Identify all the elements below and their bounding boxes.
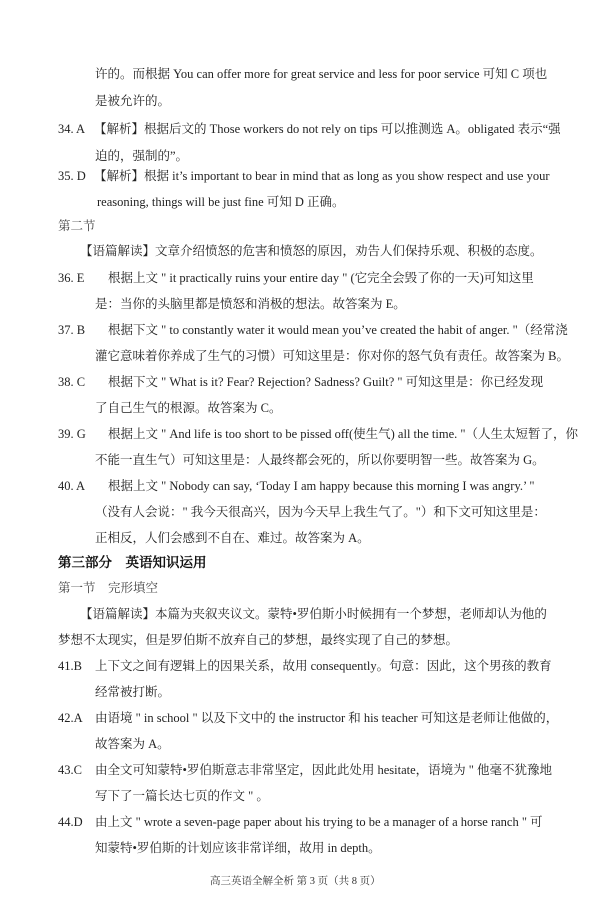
text-line: 根据上文 " Nobody can say, ‘Today I am happy…: [108, 479, 534, 493]
answer-number: 36. E: [58, 270, 108, 286]
text-line: 根据上文 " And life is too short to be pisse…: [108, 427, 578, 441]
answer-44: 44.D由上文 " wrote a seven-page paper about…: [58, 814, 543, 830]
text-line: 根据上文 " it practically ruins your entire …: [108, 271, 534, 285]
text-line: 故答案为 A。: [95, 736, 170, 752]
text-line: 上下文之间有逻辑上的因果关系，故用 consequently。句意：因此，这个男…: [95, 659, 552, 673]
page-footer: 高三英语全解全析 第 3 页（共 8 页）: [210, 874, 381, 890]
text-line: 许的。而根据 You can offer more for great serv…: [95, 66, 547, 82]
text-line: 正相反，人们会感到不自在、难过。故答案为 A。: [95, 530, 370, 546]
text-line: 知蒙特•罗伯斯的计划应该非常详细，故用 in depth。: [95, 840, 381, 856]
text-line: 是：当你的头脑里都是愤怒和消极的想法。故答案为 E。: [95, 296, 406, 312]
text-line: 由上文 " wrote a seven-page paper about his…: [95, 815, 543, 829]
part-heading: 第三部分 英语知识运用: [58, 555, 207, 571]
subsection-title: 第一节 完形填空: [58, 580, 158, 596]
answer-number: 34. A: [58, 121, 94, 137]
answer-number: 43.C: [58, 762, 95, 778]
text-line: 【解析】根据 it’s important to bear in mind th…: [94, 169, 550, 183]
answer-35: 35. D【解析】根据 it’s important to bear in mi…: [58, 168, 550, 184]
text-line: （没有人会说：" 我今天很高兴，因为今天早上我生气了。"）和下文可知这里是：: [95, 504, 546, 520]
reading-summary: 【语篇解读】本篇为夹叙夹议文。蒙特•罗伯斯小时候拥有一个梦想，老师却认为他的: [80, 606, 547, 622]
text-line: reasoning, things will be just fine 可知 D…: [97, 194, 345, 210]
answer-43: 43.C由全文可知蒙特•罗伯斯意志非常坚定，因此此处用 hesitate，语境为…: [58, 762, 552, 778]
answer-38: 38. C根据下文 " What is it? Fear? Rejection?…: [58, 374, 543, 390]
text-line: 灌它意味着你养成了生气的习惯）可知这里是：你对你的怒气负有责任。故答案为 B。: [95, 348, 569, 364]
answer-number: 38. C: [58, 374, 108, 390]
text-line: 了自己生气的根源。故答案为 C。: [95, 400, 281, 416]
text-line: 由语境 " in school " 以及下文中的 the instructor …: [95, 711, 558, 725]
section-title: 第二节: [58, 218, 96, 234]
answer-37: 37. B根据下文 " to constantly water it would…: [58, 322, 568, 338]
answer-42: 42.A由语境 " in school " 以及下文中的 the instruc…: [58, 710, 558, 726]
reading-summary: 梦想不太现实，但是罗伯斯不放弃自己的梦想，最终实现了自己的梦想。: [58, 632, 458, 648]
text-line: 【解析】根据后文的 Those workers do not rely on t…: [94, 122, 561, 136]
text-line: 写下了一篇长达七页的作文 " 。: [95, 788, 269, 804]
answer-number: 39. G: [58, 426, 108, 442]
text-line: 经常被打断。: [95, 684, 170, 700]
answer-34: 34. A【解析】根据后文的 Those workers do not rely…: [58, 121, 561, 137]
answer-36: 36. E根据上文 " it practically ruins your en…: [58, 270, 534, 286]
text-line: 是被允许的。: [95, 93, 170, 109]
text-line: 迫的，强制的”。: [95, 148, 188, 164]
answer-39: 39. G根据上文 " And life is too short to be …: [58, 426, 578, 442]
answer-number: 37. B: [58, 322, 108, 338]
answer-number: 44.D: [58, 814, 95, 830]
text-line: 根据下文 " What is it? Fear? Rejection? Sadn…: [108, 375, 543, 389]
answer-40: 40. A根据上文 " Nobody can say, ‘Today I am …: [58, 478, 534, 494]
answer-number: 35. D: [58, 168, 94, 184]
text-line: 由全文可知蒙特•罗伯斯意志非常坚定，因此此处用 hesitate，语境为 " 他…: [95, 763, 552, 777]
reading-summary: 【语篇解读】文章介绍愤怒的危害和愤怒的原因，劝告人们保持乐观、积极的态度。: [80, 243, 543, 259]
text-line: 根据下文 " to constantly water it would mean…: [108, 323, 568, 337]
answer-number: 42.A: [58, 710, 95, 726]
text-line: 不能一直生气）可知这里是：人最终都会死的，所以你要明智一些。故答案为 G。: [95, 452, 545, 468]
answer-number: 41.B: [58, 658, 95, 674]
answer-41: 41.B上下文之间有逻辑上的因果关系，故用 consequently。句意：因此…: [58, 658, 552, 674]
answer-number: 40. A: [58, 478, 108, 494]
